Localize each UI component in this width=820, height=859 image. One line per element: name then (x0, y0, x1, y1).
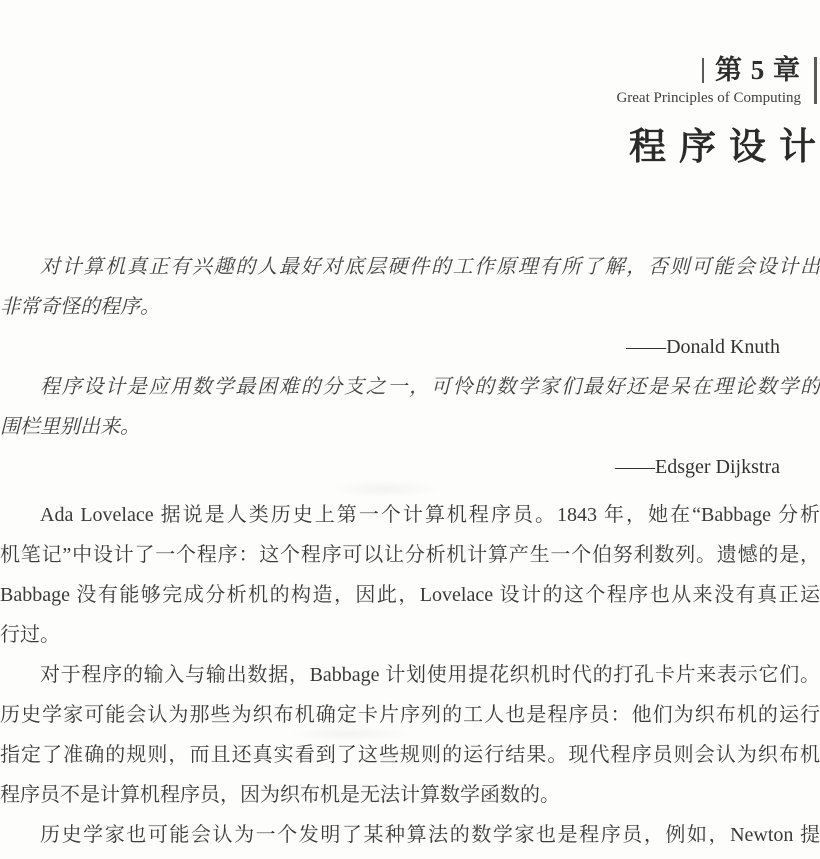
chapter-number-row: 第 5 章 (702, 54, 801, 86)
quote-dijkstra-attribution: ——Edsger Dijkstra (0, 447, 820, 487)
quote-knuth-line: 对计算机真正有兴趣的人最好对底层硬件的工作原理有所了解，否则可能会设计出 (0, 247, 820, 287)
quote-knuth-line: 非常奇怪的程序。 (0, 287, 820, 327)
paragraph-line: 历史学家可能会认为那些为织布机确定卡片序列的工人也是程序员：他们为织布机的运行 (0, 695, 820, 735)
paragraph-line: Ada Lovelace 据说是人类历史上第一个计算机程序员。1843 年，她在… (0, 495, 820, 535)
paragraph-line: Babbage 没有能够完成分析机的构造，因此，Lovelace 设计的这个程序… (0, 575, 820, 615)
chapter-header: 第 5 章 Great Principles of Computing (616, 54, 817, 107)
chapter-text-block: 第 5 章 Great Principles of Computing (616, 54, 801, 107)
paragraph-line: 指定了准确的规则，而且还真实看到了这些规则的运行结果。现代程序员则会认为织布机 (0, 735, 820, 775)
page-title: 程序设计 (629, 124, 820, 172)
book-page: 第 5 章 Great Principles of Computing 程序设计… (0, 0, 820, 859)
chapter-number: 第 5 章 (715, 54, 801, 86)
chapter-rule-left (702, 58, 704, 83)
chapter-series-title: Great Principles of Computing (616, 89, 801, 107)
chapter-rule-right (814, 57, 817, 104)
quote-knuth-attribution: ——Donald Knuth (0, 327, 820, 367)
paragraph-line: 机笔记”中设计了一个程序：这个程序可以让分析机计算产生一个伯努利数列。遗憾的是， (0, 535, 820, 575)
quote-dijkstra-line: 围栏里别出来。 (0, 407, 820, 447)
paragraph-line: 程序员不是计算机程序员，因为织布机是无法计算数学函数的。 (0, 775, 820, 815)
page-body: 对计算机真正有兴趣的人最好对底层硬件的工作原理有所了解，否则可能会设计出 非常奇… (0, 247, 820, 855)
paragraph-line: 行过。 (0, 615, 820, 655)
paragraph-line: 对于程序的输入与输出数据，Babbage 计划使用提花织机时代的打孔卡片来表示它… (0, 655, 820, 695)
paragraph-line: 历史学家也可能会认为一个发明了某种算法的数学家也是程序员，例如，Newton 提 (0, 815, 820, 855)
quote-dijkstra-line: 程序设计是应用数学最困难的分支之一，可怜的数学家们最好还是呆在理论数学的 (0, 367, 820, 407)
